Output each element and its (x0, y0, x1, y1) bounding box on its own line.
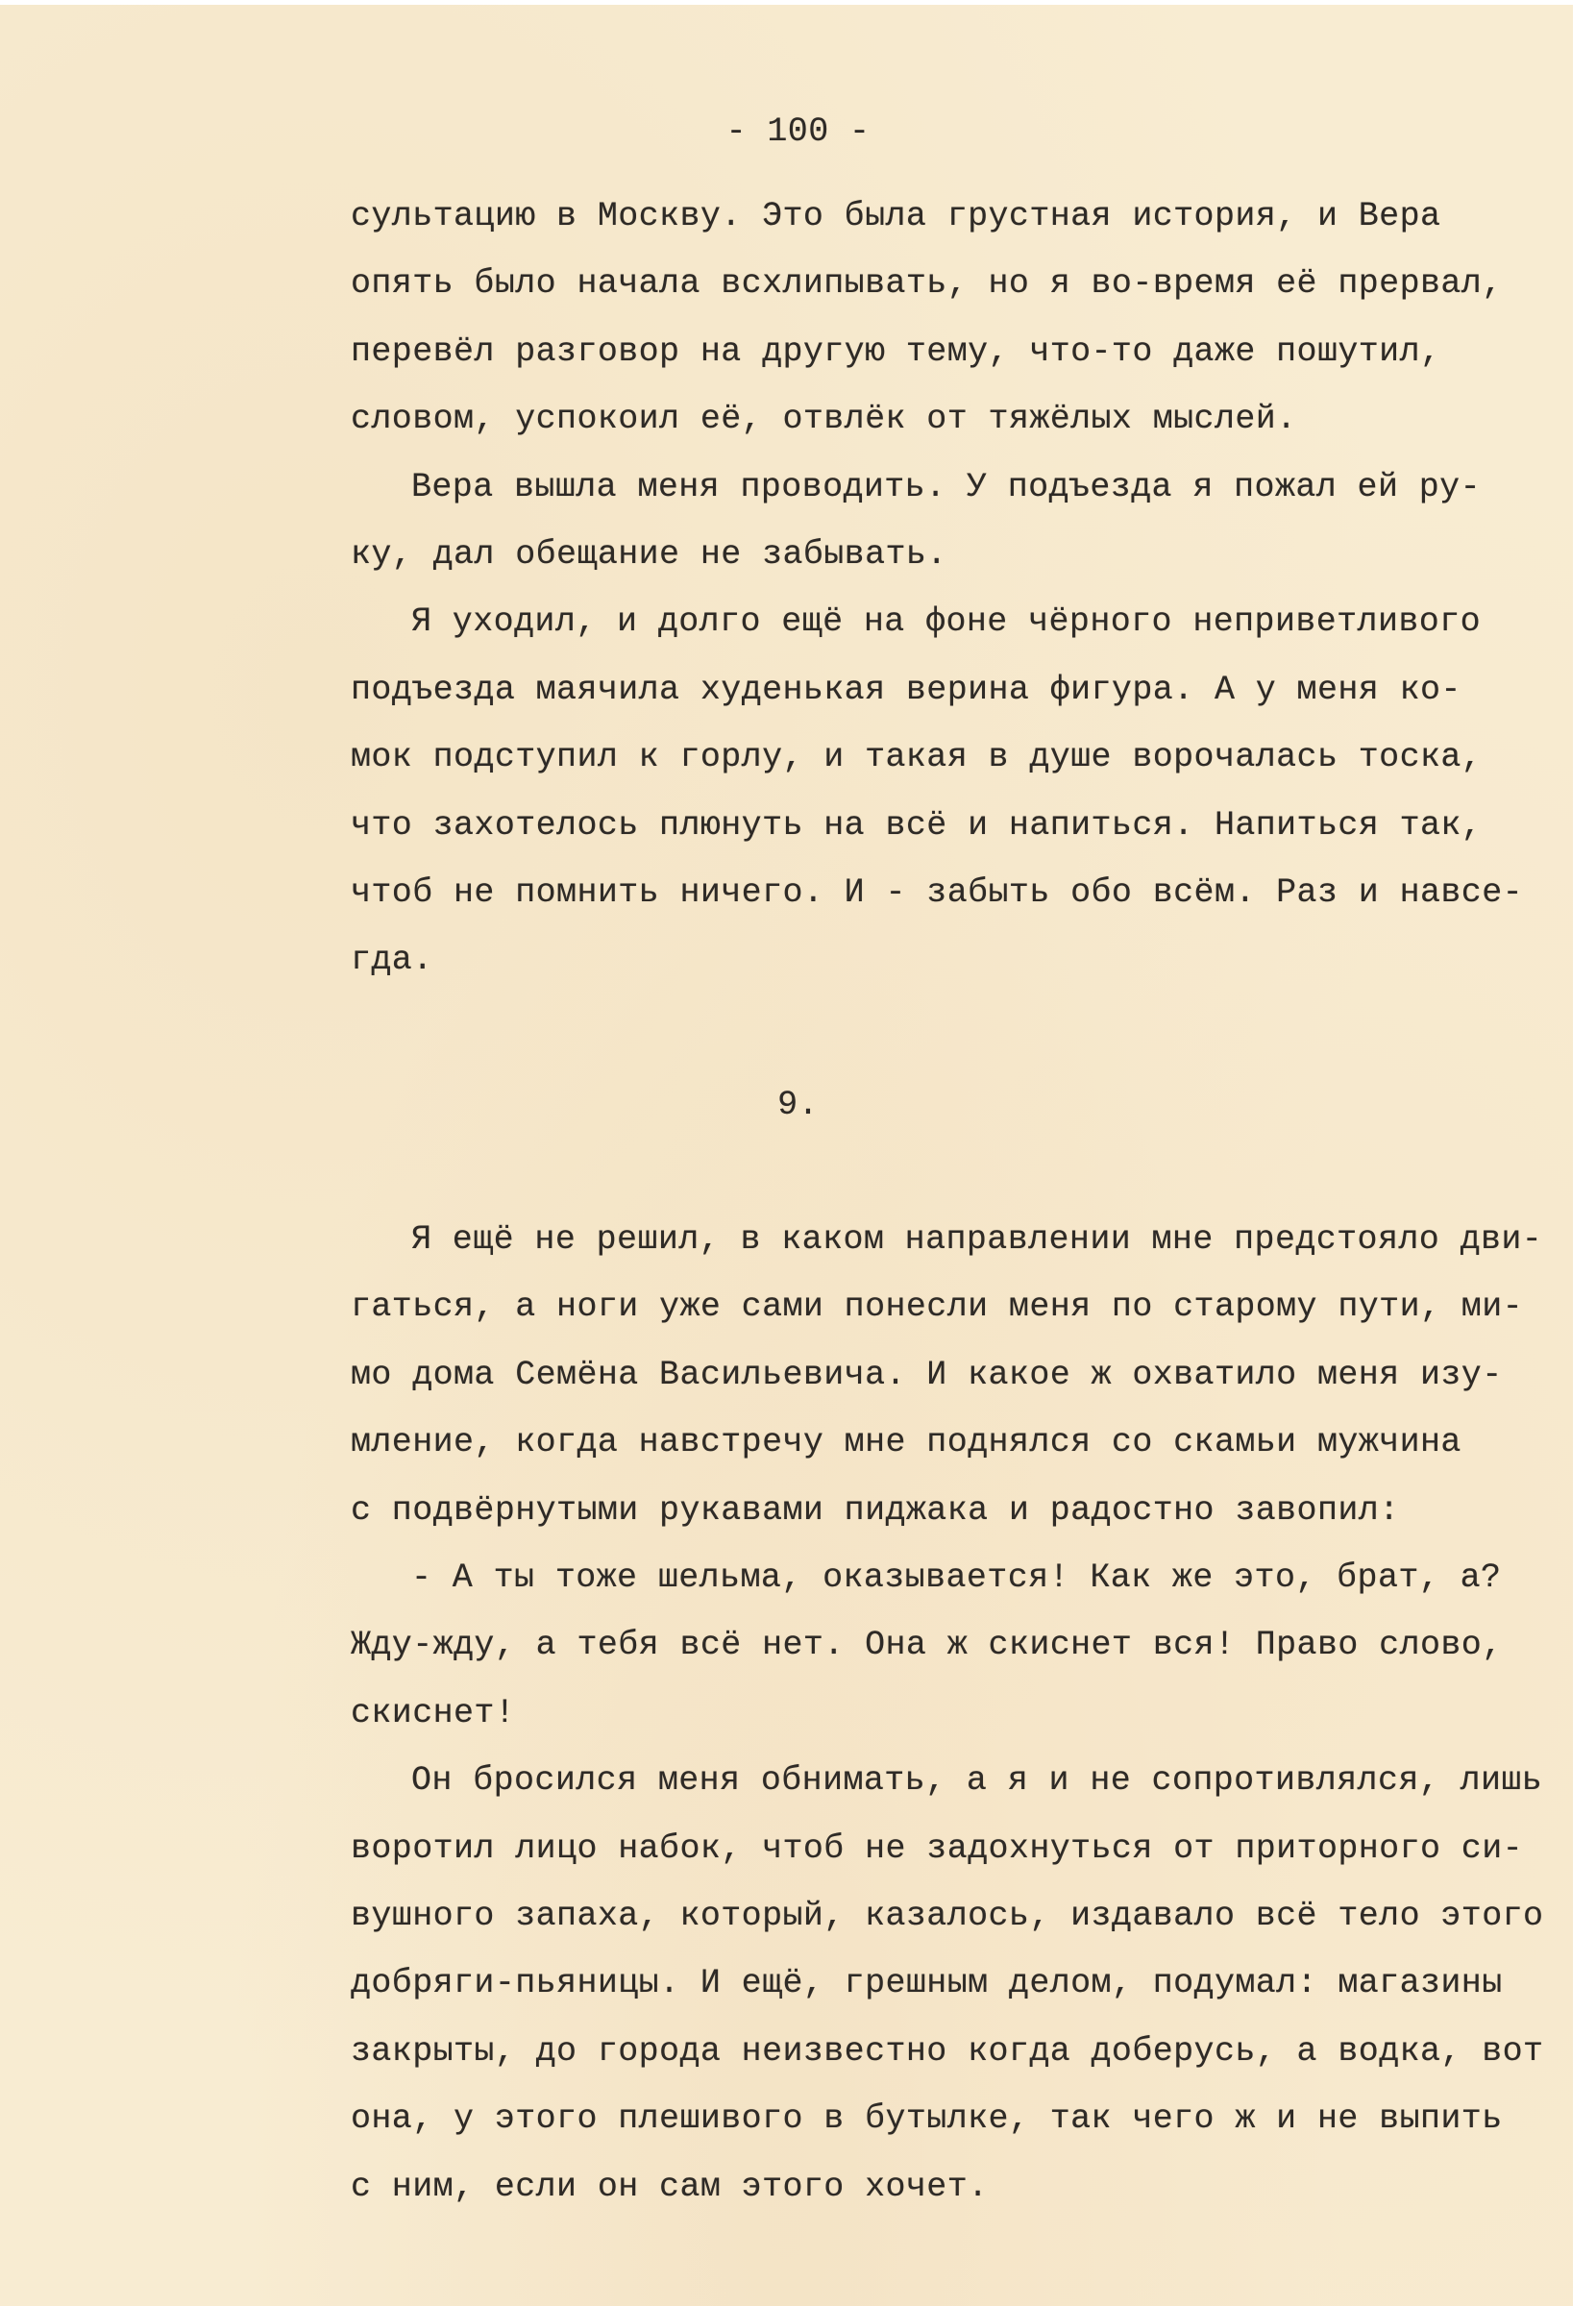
text-line: ку, дал обещание не забывать. (351, 535, 947, 574)
section-number: 9. (0, 1086, 1596, 1124)
text-line: подъезда маячила худенькая верина фигура… (351, 671, 1461, 709)
text-line: чтоб не помнить ничего. И - забыть обо в… (351, 873, 1523, 912)
text-line: - А ты тоже шельма, оказывается! Как же … (411, 1558, 1501, 1597)
text-line: Вера вышла меня проводить. У подъезда я … (411, 468, 1481, 506)
text-line: мо дома Семёна Васильевича. И какое ж ох… (351, 1356, 1503, 1394)
text-line: скиснет! (351, 1694, 515, 1732)
text-line: воротил лицо набок, чтоб не задохнуться … (351, 1829, 1523, 1868)
text-line: мок подступил к горлу, и такая в душе во… (351, 738, 1482, 776)
text-line: сультацию в Москву. Это была грустная ис… (351, 197, 1440, 235)
text-line: добряги-пьяницы. И ещё, грешным делом, п… (351, 1964, 1503, 2002)
text-line: что захотелось плюнуть на всё и напиться… (351, 806, 1482, 845)
text-line: словом, успокоил её, отвлёк от тяжёлых м… (351, 400, 1297, 438)
text-line: опять было начала всхлипывать, но я во-в… (351, 264, 1503, 303)
text-line: с подвёрнутыми рукавами пиджака и радост… (351, 1491, 1400, 1530)
text-line: она, у этого плешивого в бутылке, так че… (351, 2099, 1503, 2138)
text-line: мление, когда навстречу мне поднялся со … (351, 1423, 1461, 1461)
text-line: Я уходил, и долго ещё на фоне чёрного не… (411, 602, 1481, 641)
text-line: закрыты, до города неизвестно когда добе… (351, 2032, 1543, 2071)
text-line: вушного запаха, который, казалось, издав… (351, 1897, 1543, 1935)
text-line: с ним, если он сам этого хочет. (351, 2168, 989, 2206)
text-line: Я ещё не решил, в каком направлении мне … (411, 1220, 1542, 1259)
text-line: Жду-жду, а тебя всё нет. Она ж скиснет в… (351, 1626, 1503, 1664)
text-line: перевёл разговор на другую тему, что-то … (351, 332, 1440, 371)
text-line: гаться, а ноги уже сами понесли меня по … (351, 1288, 1523, 1326)
text-line: гда. (351, 941, 433, 979)
text-line: Он бросился меня обнимать, а я и не сопр… (411, 1761, 1542, 1800)
page-number: - 100 - (0, 112, 1596, 151)
